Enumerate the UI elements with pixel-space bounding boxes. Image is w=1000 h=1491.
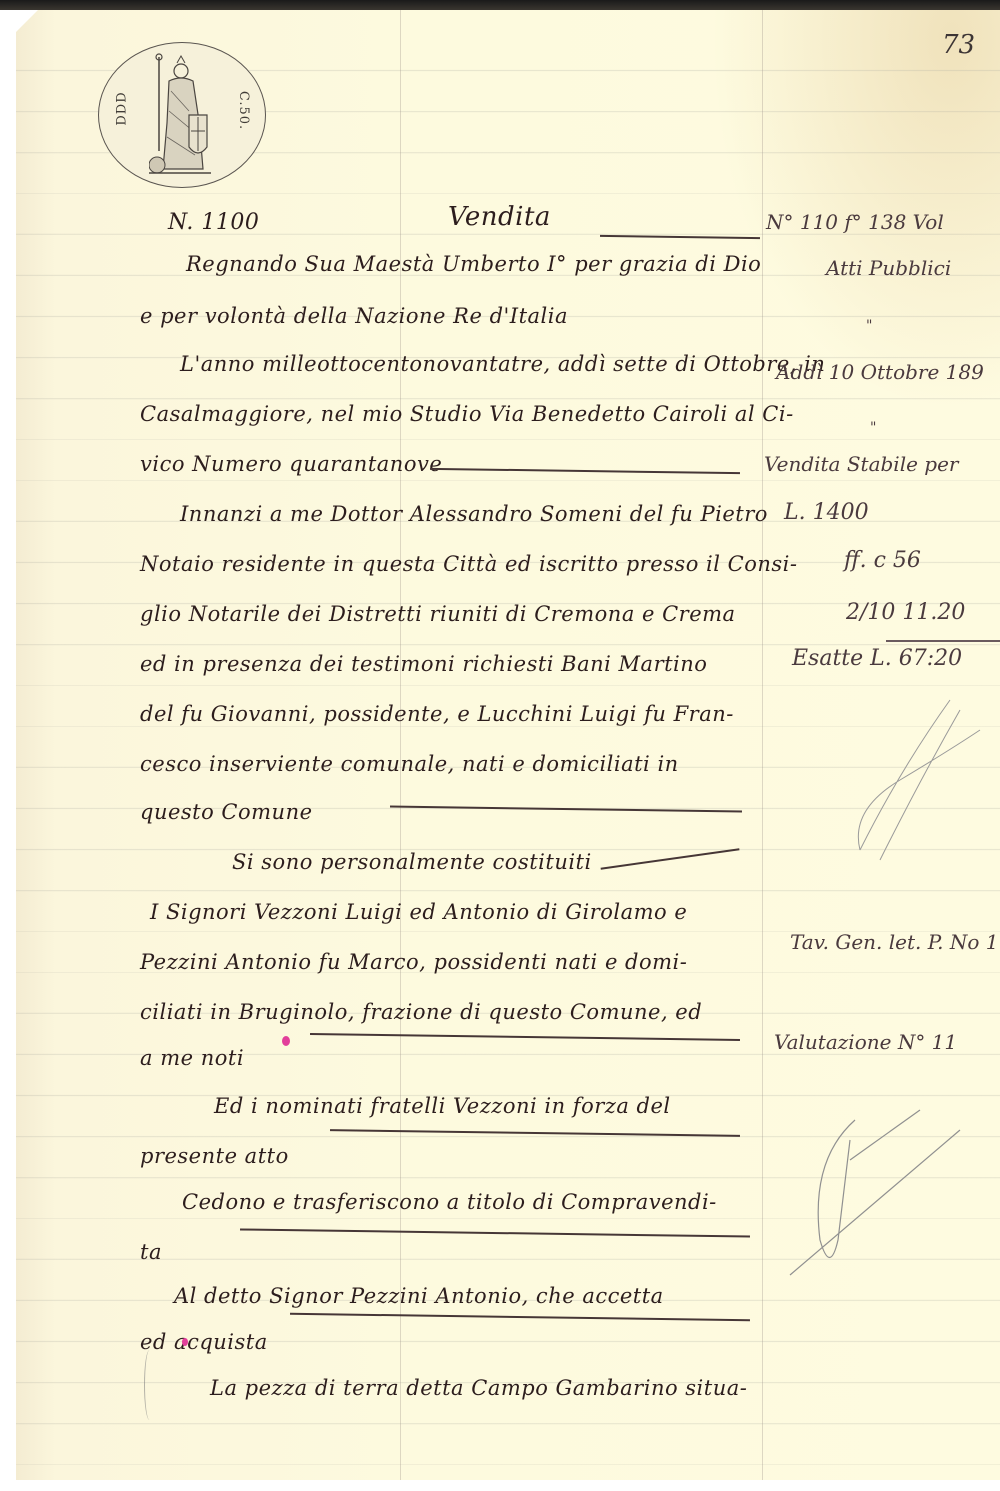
revenue-stamp: DDD C.50. [98, 42, 266, 188]
body-line: ta [140, 1240, 162, 1264]
body-line: Notaio residente in questa Città ed iscr… [140, 552, 797, 576]
act-number: N. 1100 [168, 210, 259, 235]
body-line: Cedono e trasferiscono a titolo di Compr… [182, 1190, 717, 1214]
ink-spot [182, 1338, 188, 1346]
sum-line [886, 640, 1000, 642]
margin-note-valuation: Valutazione N° 11 [774, 1030, 957, 1054]
body-line: Si sono personalmente costituiti [232, 850, 592, 874]
body-line: vico Numero quarantanove [140, 452, 442, 476]
body-line: Pezzini Antonio fu Marco, possidenti nat… [140, 950, 687, 974]
margin-note-sale: Vendita Stabile per [764, 452, 959, 476]
margin-note-registry: Atti Pubblici [826, 256, 951, 280]
body-line: presente atto [140, 1144, 289, 1168]
margin-rule [762, 10, 763, 1480]
scan-top-edge [0, 0, 1000, 10]
body-line: ed in presenza dei testimoni richiesti B… [140, 652, 707, 676]
ditto-mark: " [870, 420, 876, 436]
body-line: Casalmaggiore, nel mio Studio Via Benede… [140, 402, 794, 426]
margin-note-registration: N° 110 f° 138 Vol [766, 210, 944, 234]
stamp-legend-left: DDD [115, 91, 130, 125]
seated-italia-allegory-icon [149, 51, 211, 179]
margin-note-total: Esatte L. 67:20 [792, 646, 962, 671]
document-title: Vendita [448, 202, 551, 232]
body-line: La pezza di terra detta Campo Gambarino … [210, 1376, 747, 1400]
pencil-signature-icon [780, 1100, 980, 1280]
body-line: I Signori Vezzoni Luigi ed Antonio di Gi… [150, 900, 687, 924]
body-line: Innanzi a me Dottor Alessandro Someni de… [180, 502, 768, 526]
body-line: Ed i nominati fratelli Vezzoni in forza … [214, 1094, 671, 1118]
body-line: Al detto Signor Pezzini Antonio, che acc… [174, 1284, 664, 1308]
margin-note-surcharge: 2/10 11.20 [846, 600, 965, 625]
body-line: questo Comune [140, 800, 313, 824]
body-line: ciliati in Bruginolo, frazione di questo… [140, 1000, 702, 1024]
body-line: L'anno milleottocentonovantatre, addì se… [180, 352, 825, 376]
body-line: ed acquista [140, 1330, 268, 1354]
margin-note-price: L. 1400 [784, 500, 869, 525]
page-number: 73 [942, 30, 975, 60]
stamp-value: C.50. [236, 91, 251, 130]
ditto-mark: " [866, 318, 872, 334]
body-line: glio Notarile dei Distretti riuniti di C… [140, 602, 736, 626]
pencil-initials-icon [840, 690, 990, 870]
pencil-bracket [144, 1350, 155, 1420]
ink-spot [282, 1036, 290, 1046]
body-line: e per volontà della Nazione Re d'Italia [140, 304, 568, 328]
margin-note-table-ref: Tav. Gen. let. P. No 1 [790, 930, 999, 954]
body-line: Regnando Sua Maestà Umberto I° per grazi… [186, 252, 761, 276]
margin-note-fee: ff. c 56 [844, 548, 921, 573]
body-line: cesco inserviente comunale, nati e domic… [140, 752, 679, 776]
body-line: a me noti [140, 1046, 244, 1070]
body-line: del fu Giovanni, possidente, e Lucchini … [140, 702, 734, 726]
margin-note-date: Addì 10 Ottobre 189 [776, 360, 984, 384]
fold-line [400, 10, 401, 1480]
